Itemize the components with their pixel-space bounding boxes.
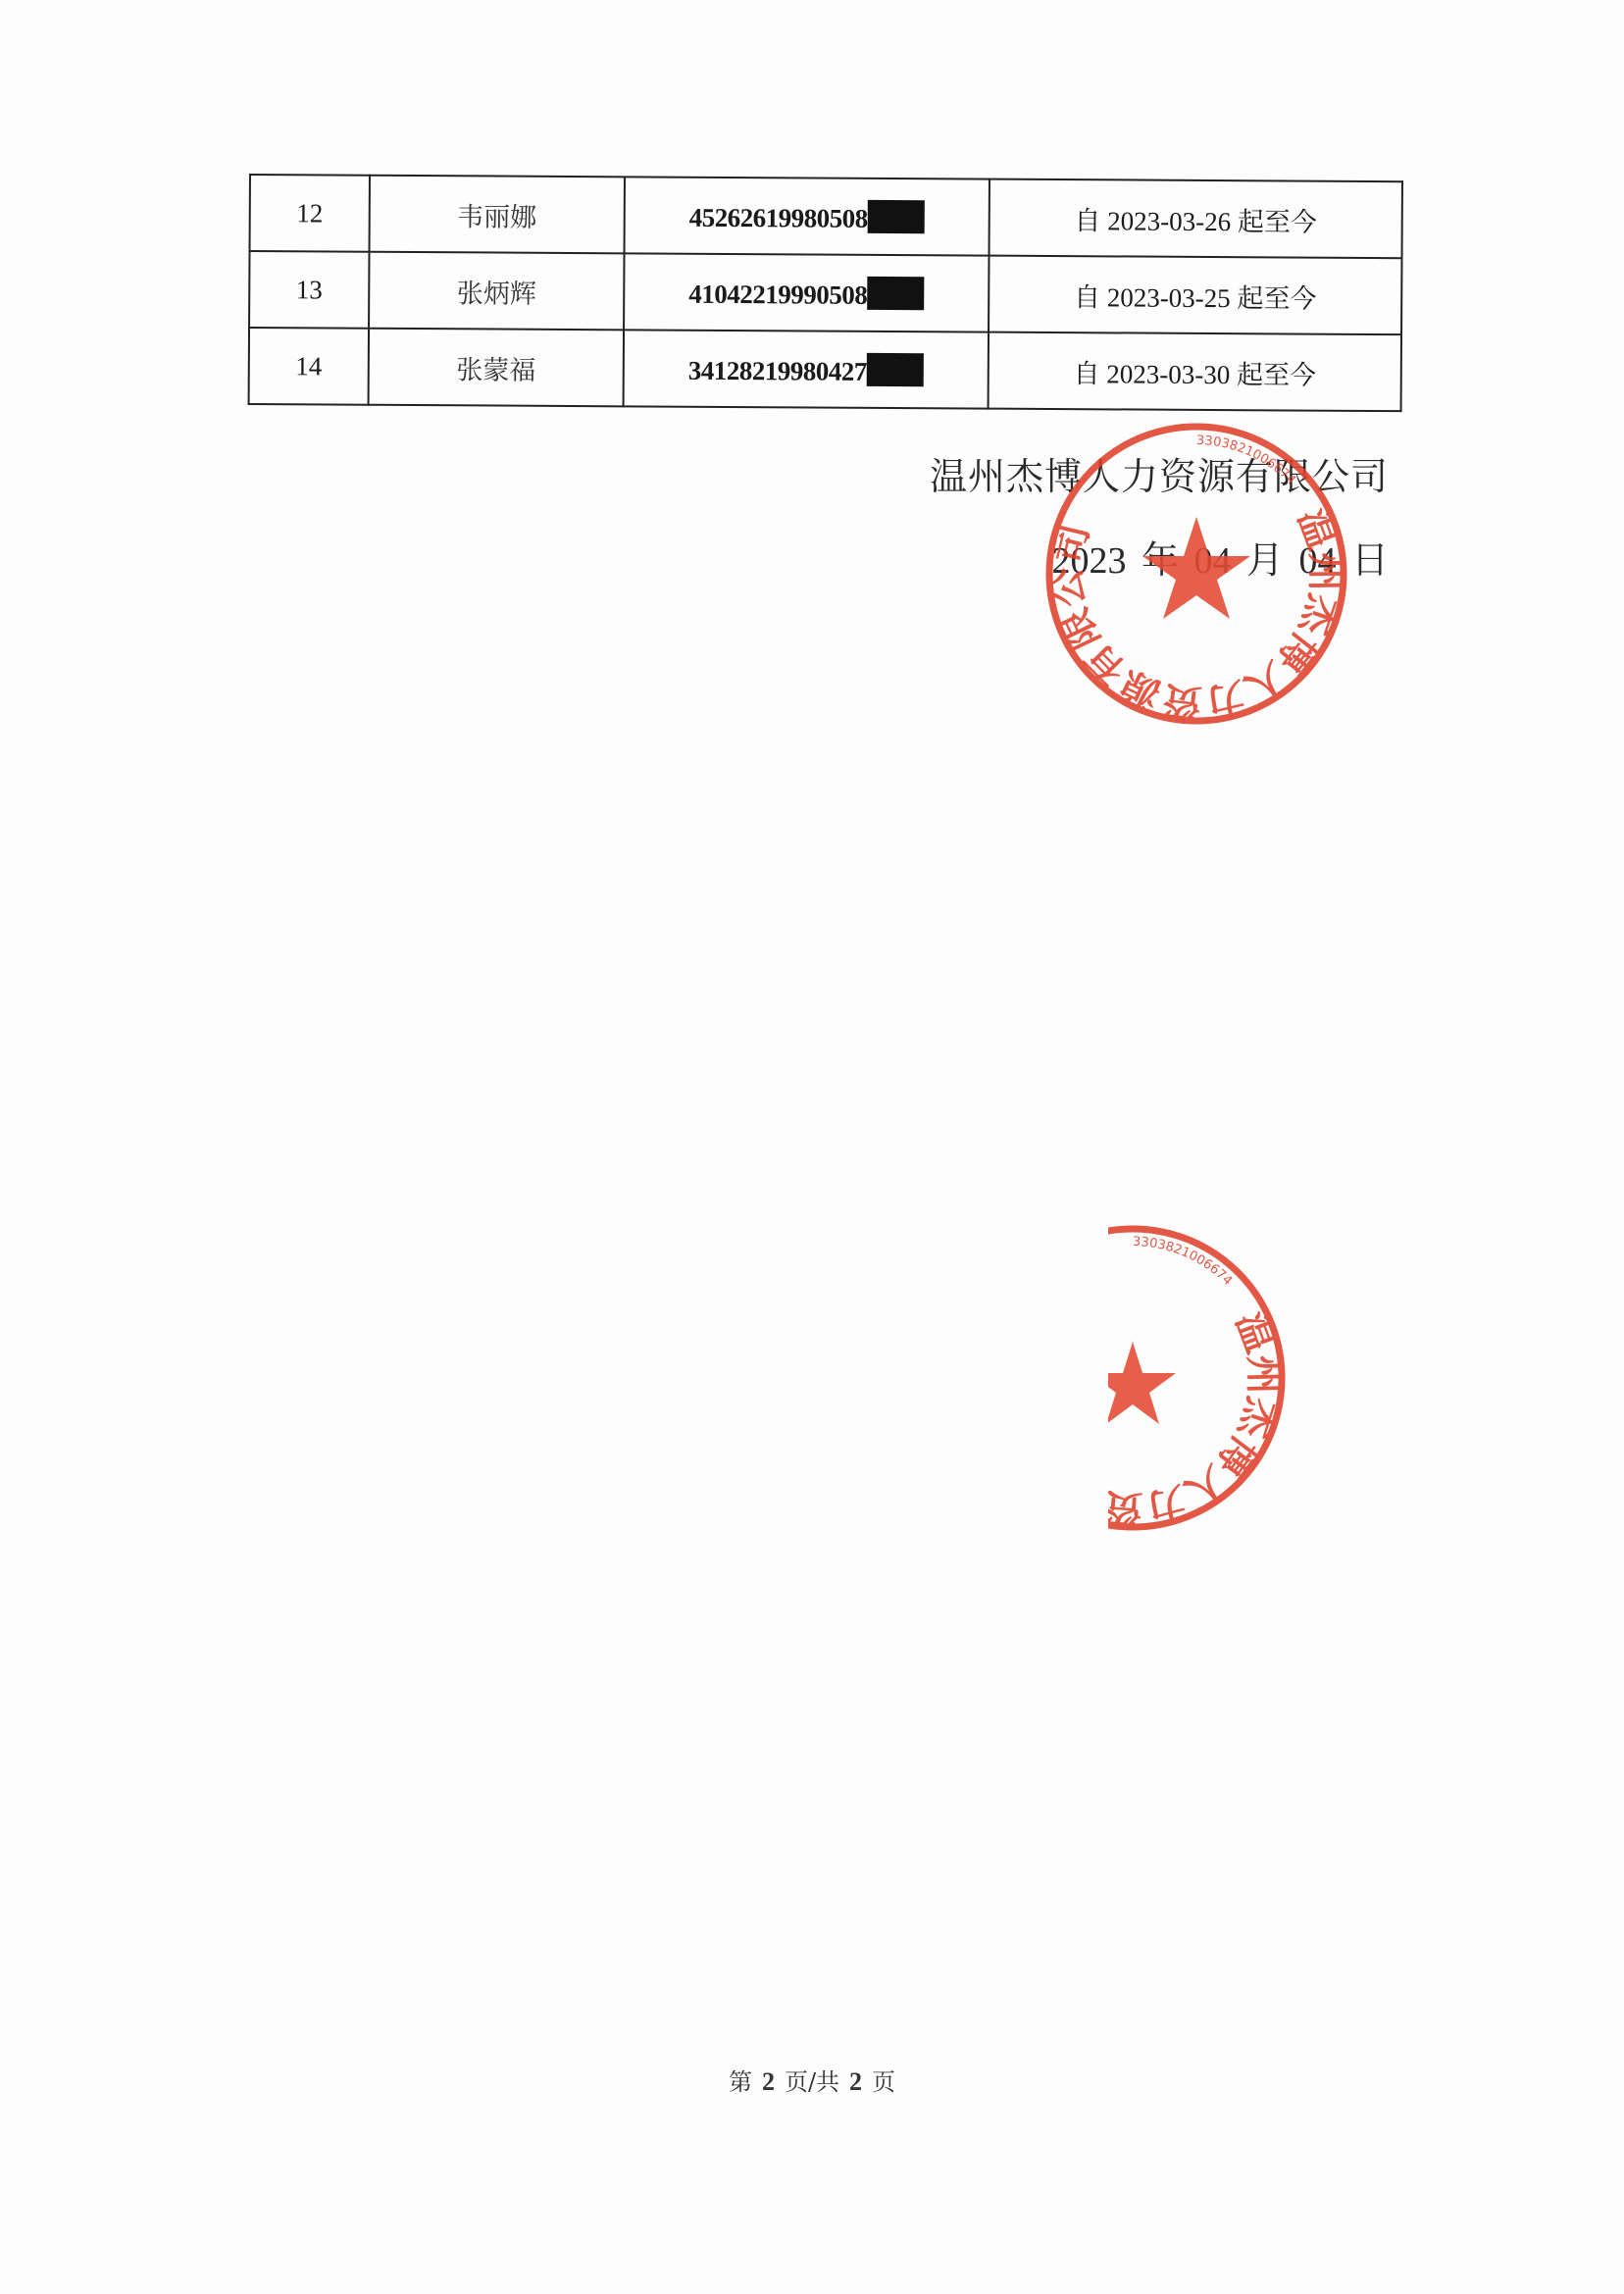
partial-seal: 温州杰博人力资源有限公司 3303821006674 [1108,1216,1432,1540]
row-number: 14 [249,328,369,405]
seal-serial: 3303821006674 [1196,433,1298,488]
employee-name: 张蒙福 [369,329,624,407]
footer-suffix: 页 [872,2068,895,2096]
seal-icon: 温州杰博人力资源有限公司 3303821006674 [1108,1216,1294,1540]
row-number: 13 [249,251,369,329]
page-footer: 第2页/共2页 [0,2063,1624,2097]
document-page: 12 韦丽娜 45262619980508 自 2023-03-26 起至今 1… [0,0,1624,2294]
employment-period: 自 2023-03-30 起至今 [989,332,1401,412]
employee-table: 12 韦丽娜 45262619980508 自 2023-03-26 起至今 1… [248,174,1403,412]
table-row: 14 张蒙福 34128219980427 自 2023-03-30 起至今 [249,328,1401,411]
table-row: 12 韦丽娜 45262619980508 自 2023-03-26 起至今 [250,175,1402,258]
id-number: 45262619980508 [689,202,868,232]
redaction-box [867,276,924,309]
total-pages: 2 [849,2067,862,2096]
employee-name: 张炳辉 [369,252,624,331]
seal-serial: 3303821006674 [1133,1235,1235,1289]
redaction-box [867,352,924,385]
id-number: 34128219980427 [688,355,867,385]
current-page: 2 [762,2067,775,2096]
employment-period: 自 2023-03-26 起至今 [990,179,1402,259]
id-number-cell: 34128219980427 [624,330,989,408]
redaction-box [868,199,925,232]
svg-text:3303821006674: 3303821006674 [1196,433,1298,488]
footer-middle: 页/共 [785,2068,839,2096]
id-number-cell: 41042219990508 [624,253,989,331]
company-seal: 温州杰博人力资源有限公司 3303821006674 [1040,417,1353,731]
row-number: 12 [250,175,370,252]
seal-icon: 温州杰博人力资源有限公司 3303821006674 [1040,417,1353,731]
employee-name: 韦丽娜 [370,176,625,254]
id-number: 41042219990508 [688,279,867,309]
table-row: 13 张炳辉 41042219990508 自 2023-03-25 起至今 [249,251,1401,334]
employment-period: 自 2023-03-25 起至今 [989,256,1401,335]
footer-prefix: 第 [729,2068,752,2096]
svg-text:3303821006674: 3303821006674 [1133,1235,1235,1289]
id-number-cell: 45262619980508 [625,177,990,255]
